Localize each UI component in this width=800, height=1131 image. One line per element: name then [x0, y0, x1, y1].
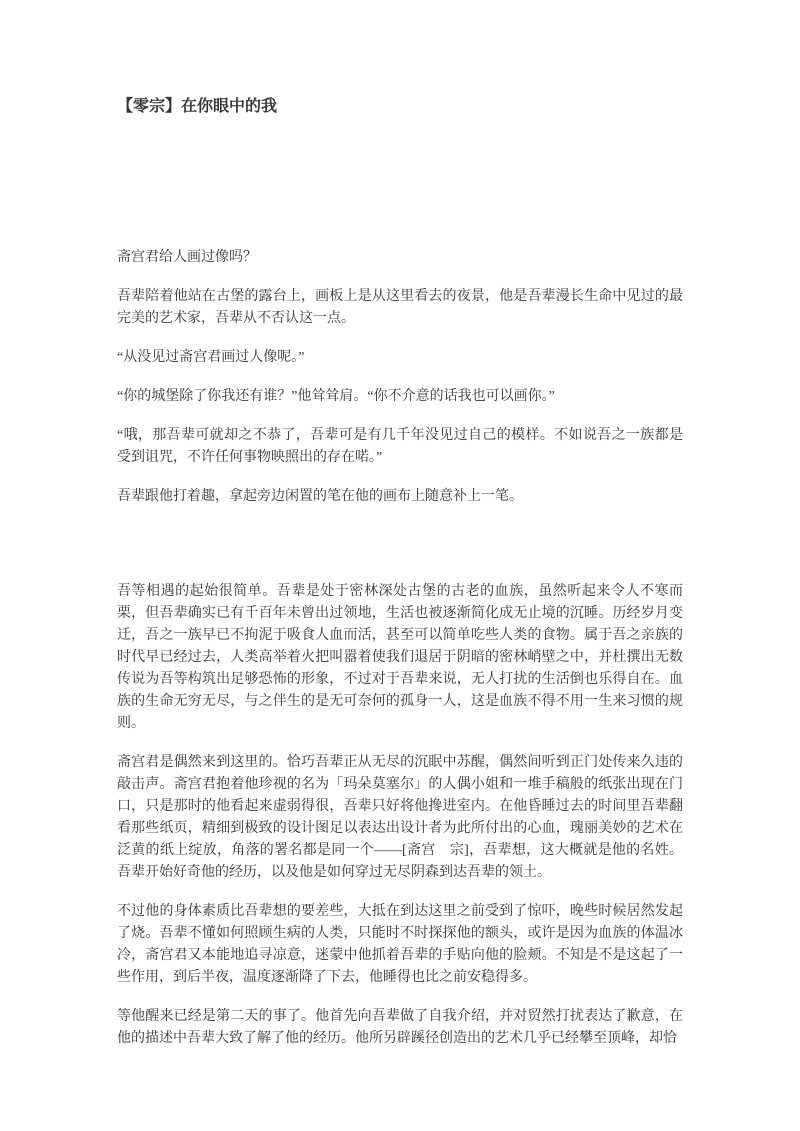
paragraph: 吾等相遇的起始很简单。吾辈是处于密林深处古堡的古老的血族，虽然听起来令人不寒而栗… — [117, 581, 683, 735]
paragraph: 斋宫君给人画过像吗？ — [117, 247, 683, 269]
document-page: 【零宗】在你眼中的我 斋宫君给人画过像吗？ 吾辈陪着他站在古堡的露台上，画板上是… — [0, 0, 800, 1131]
document-title: 【零宗】在你眼中的我 — [117, 95, 683, 119]
scene-break — [117, 525, 683, 581]
paragraph: 等他醒来已经是第二天的事了。他首先向吾辈做了自我介绍，并对贸然打扰表达了歉意，在… — [117, 1006, 683, 1050]
paragraph: 不过他的身体素质比吾辈想的要差些，大抵在到达这里之前受到了惊吓，晚些时候居然发起… — [117, 901, 683, 989]
document-body: 斋宫君给人画过像吗？ 吾辈陪着他站在古堡的露台上，画板上是从这里看去的夜景，他是… — [117, 247, 683, 1050]
paragraph: 斋宫君是偶然来到这里的。恰巧吾辈正从无尽的沉眠中苏醒，偶然间听到正门处传来久违的… — [117, 752, 683, 884]
paragraph: “从没见过斋宫君画过人像呢。” — [117, 347, 683, 369]
paragraph: 吾辈陪着他站在古堡的露台上，画板上是从这里看去的夜景，他是吾辈漫长生命中见过的最… — [117, 286, 683, 330]
paragraph: “你的城堡除了你我还有谁？”他耸耸肩。“你不介意的话我也可以画你。” — [117, 386, 683, 408]
paragraph: “哦，那吾辈可就却之不恭了，吾辈可是有几千年没见过自己的模样。不如说吾之一族都是… — [117, 425, 683, 469]
paragraph: 吾辈跟他打着趣，拿起旁边闲置的笔在他的画布上随意补上一笔。 — [117, 486, 683, 508]
